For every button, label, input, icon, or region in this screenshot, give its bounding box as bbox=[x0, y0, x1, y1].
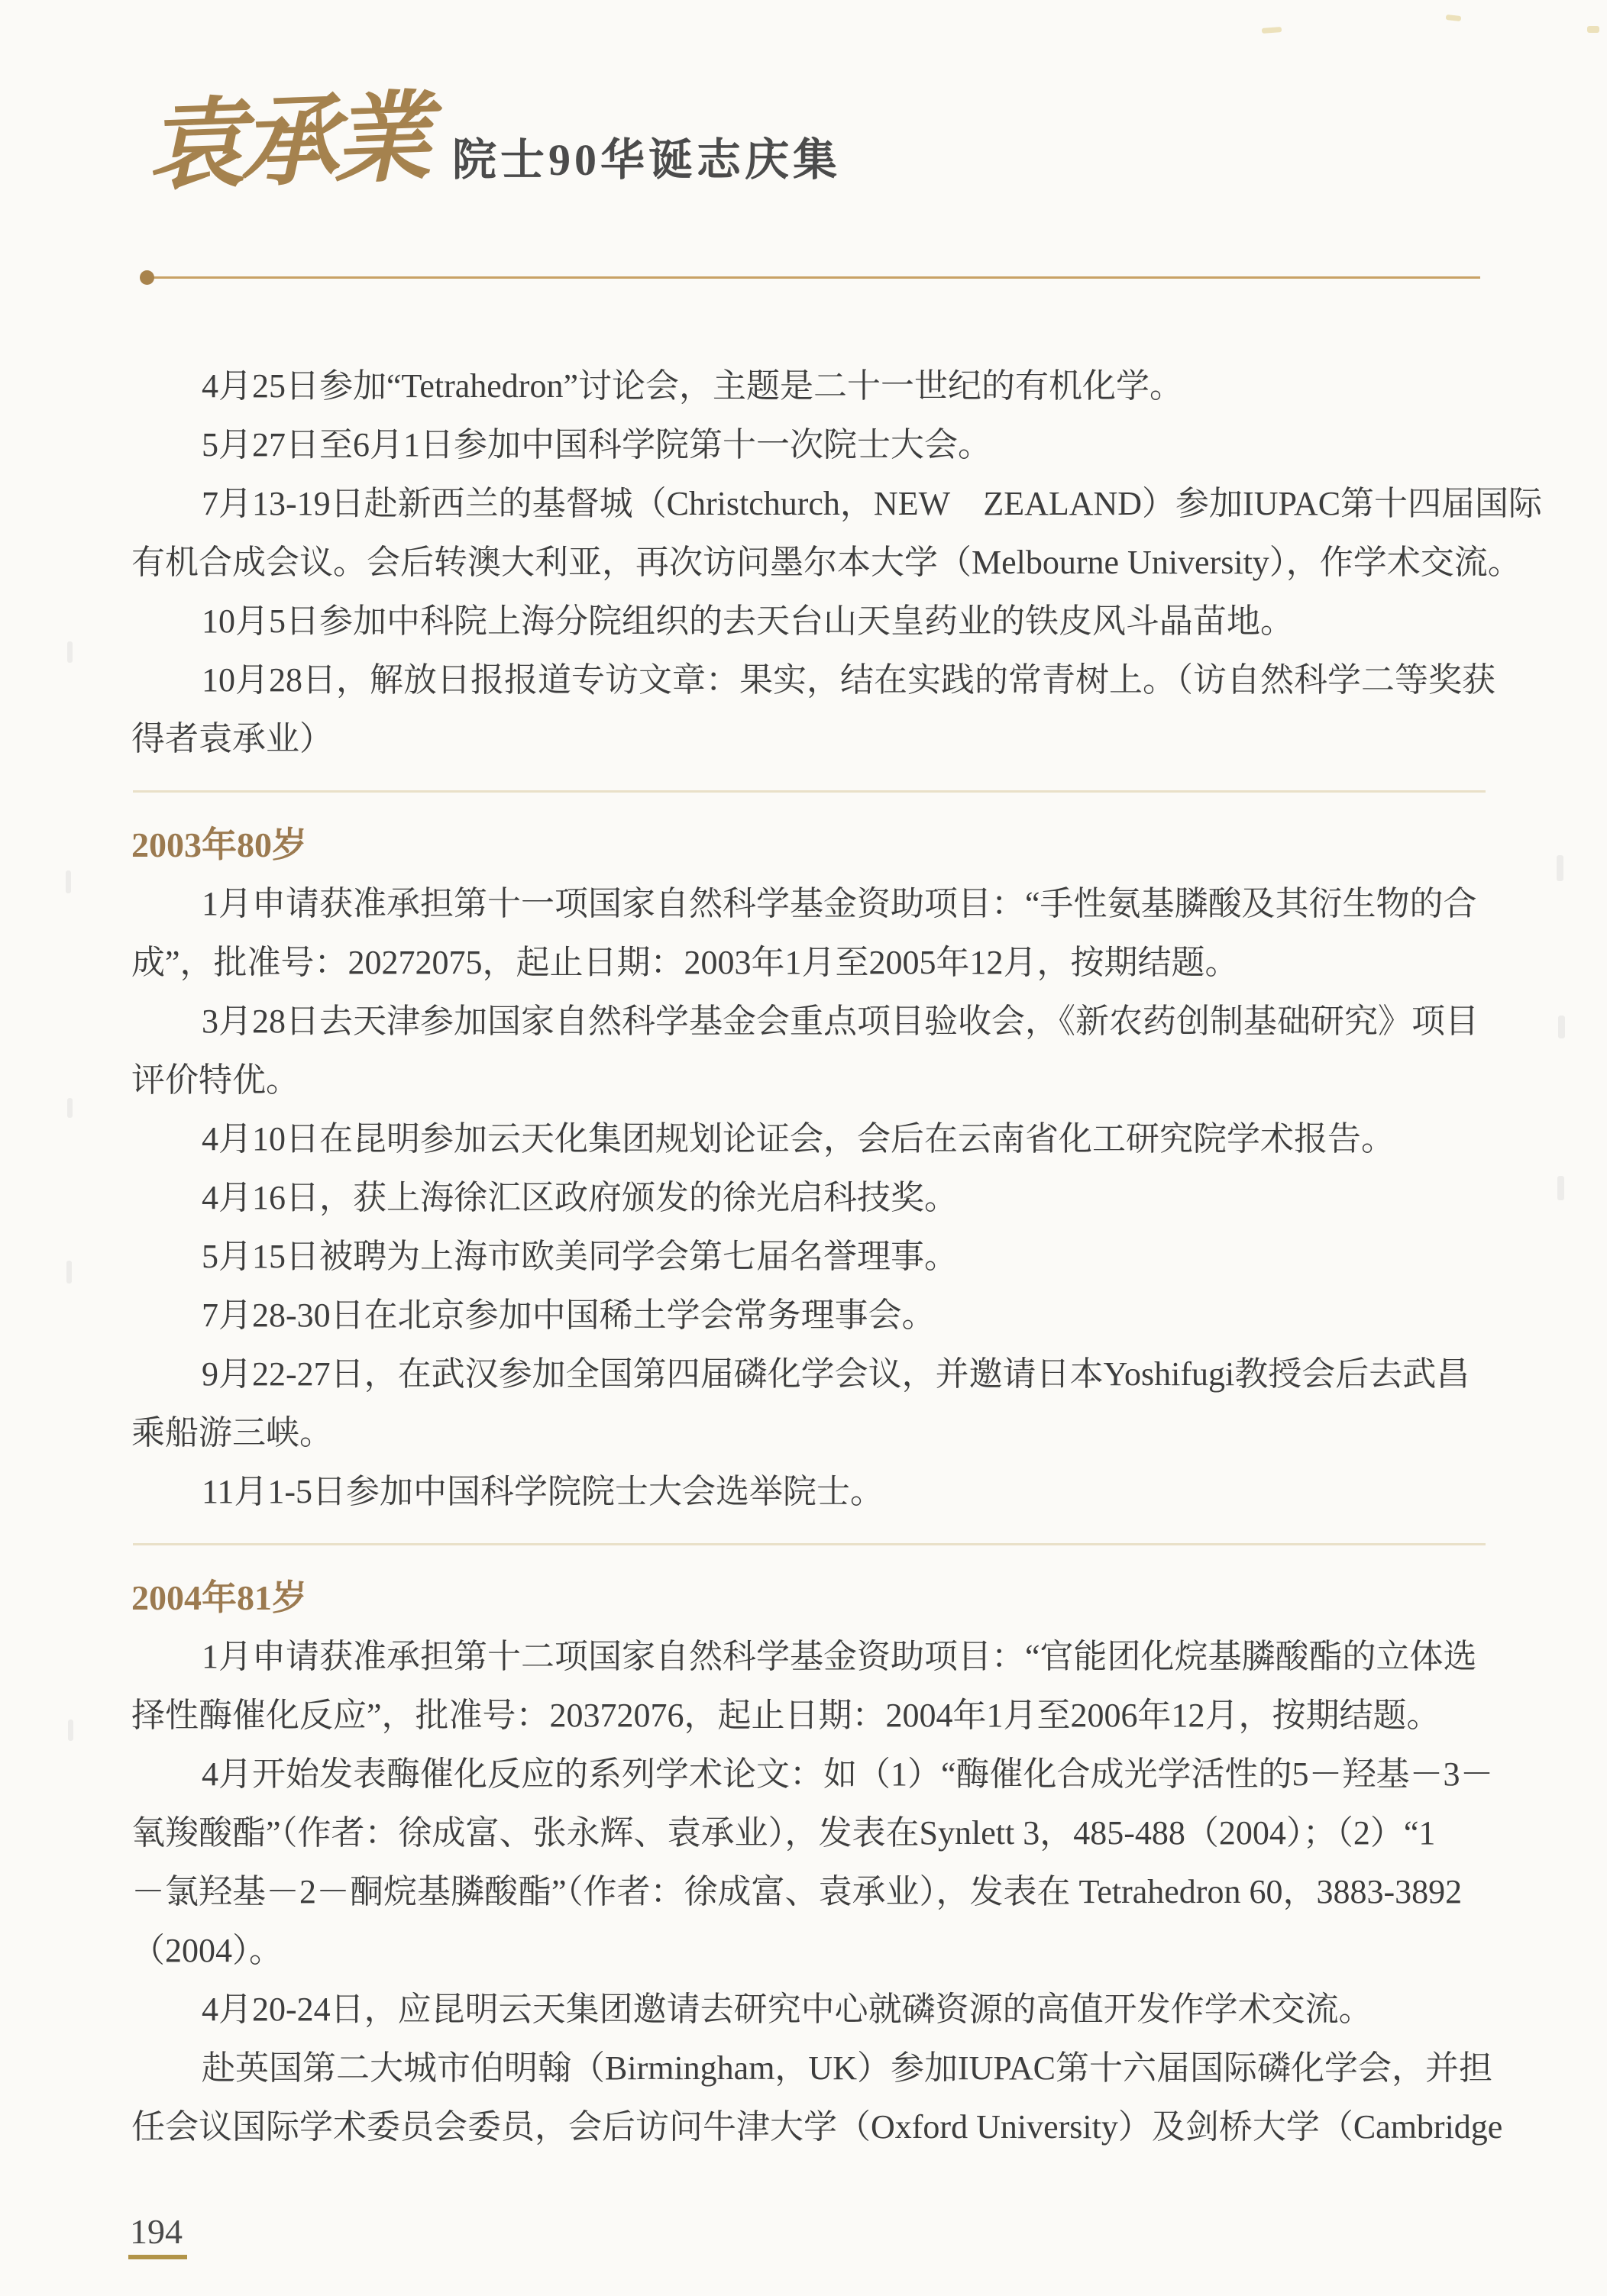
text-line: 3月28日去天津参加国家自然科学基金会重点项目验收会，《新农药创制基础研究》项目 bbox=[131, 992, 1487, 1051]
text-line: 择性酶催化反应”，批准号：20372076，起止日期：2004年1月至2006年… bbox=[131, 1686, 1487, 1745]
divider-line bbox=[133, 790, 1486, 793]
text-line: 得者袁承业） bbox=[131, 709, 1487, 768]
section-heading: 2004年81岁 bbox=[131, 1568, 1487, 1627]
scan-artifact bbox=[1557, 855, 1563, 881]
header-title: 院士90华诞志庆集 bbox=[452, 124, 841, 188]
scan-artifact bbox=[1587, 26, 1599, 33]
text-line: 7月28-30日在北京参加中国稀土学会常务理事会。 bbox=[131, 1286, 1487, 1345]
text-line: 4月开始发表酶催化反应的系列学术论文：如（1）“酶催化合成光学活性的5－羟基－3… bbox=[131, 1745, 1487, 1804]
text-line: 9月22-27日，在武汉参加全国第四届磷化学会议，并邀请日本Yoshifugi教… bbox=[131, 1345, 1487, 1403]
text-line: 任会议国际学术委员会委员，会后访问牛津大学（Oxford University）… bbox=[131, 2097, 1487, 2156]
scan-artifact bbox=[66, 1261, 72, 1284]
text-line: 氧羧酸酯”（作者：徐成富、张永辉、袁承业），发表在Synlett 3，485-4… bbox=[131, 1804, 1487, 1862]
section-divider bbox=[131, 1521, 1487, 1568]
text-line: 成”，批准号：20272075，起止日期：2003年1月至2005年12月，按期… bbox=[131, 933, 1487, 992]
text-line: 赴英国第二大城市伯明翰（Birmingham，UK）参加IUPAC第十六届国际磷… bbox=[131, 2039, 1487, 2097]
text-line: 乘船游三峡。 bbox=[131, 1403, 1487, 1462]
scan-artifact bbox=[1262, 27, 1282, 34]
scan-artifact bbox=[1558, 1016, 1565, 1038]
calligraphy-signature: 袁承業 bbox=[144, 79, 428, 206]
header-rule-dot bbox=[140, 270, 154, 285]
chronicle-text: 4月25日参加“Tetrahedron”讨论会，主题是二十一世纪的有机化学。5月… bbox=[131, 357, 1487, 2156]
scan-artifact bbox=[67, 641, 73, 663]
page-header: 袁承業 院士90华诞志庆集 bbox=[147, 84, 841, 202]
text-line: 5月15日被聘为上海市欧美同学会第七届名誉理事。 bbox=[131, 1227, 1487, 1286]
scan-artifact bbox=[1557, 1176, 1564, 1200]
text-line: 11月1-5日参加中国科学院院士大会选举院士。 bbox=[131, 1462, 1487, 1521]
text-line: 4月25日参加“Tetrahedron”讨论会，主题是二十一世纪的有机化学。 bbox=[131, 357, 1487, 415]
scan-artifact bbox=[1446, 15, 1462, 21]
text-line: 4月10日在昆明参加云天化集团规划论证会，会后在云南省化工研究院学术报告。 bbox=[131, 1109, 1487, 1168]
header-rule bbox=[142, 276, 1480, 279]
book-page: 袁承業 院士90华诞志庆集 4月25日参加“Tetrahedron”讨论会，主题… bbox=[0, 0, 1607, 2296]
text-line: 评价特优。 bbox=[131, 1051, 1487, 1109]
text-line: 10月5日参加中科院上海分院组织的去天台山天皇药业的铁皮风斗晶苗地。 bbox=[131, 592, 1487, 651]
text-line: 有机合成会议。会后转澳大利亚，再次访问墨尔本大学（Melbourne Unive… bbox=[131, 533, 1487, 592]
text-line: 1月申请获准承担第十二项国家自然科学基金资助项目：“官能团化烷基膦酸酯的立体选 bbox=[131, 1627, 1487, 1686]
scan-artifact bbox=[68, 1720, 73, 1741]
scan-artifact bbox=[66, 870, 71, 893]
text-line: 4月20-24日，应昆明云天集团邀请去研究中心就磷资源的高值开发作学术交流。 bbox=[131, 1980, 1487, 2039]
page-number: 194 bbox=[128, 2213, 187, 2259]
text-line: 1月申请获准承担第十一项国家自然科学基金资助项目：“手性氨基膦酸及其衍生物的合 bbox=[131, 874, 1487, 933]
text-line: 5月27日至6月1日参加中国科学院第十一次院士大会。 bbox=[131, 415, 1487, 474]
text-line: 4月16日，获上海徐汇区政府颁发的徐光启科技奖。 bbox=[131, 1168, 1487, 1227]
section-heading: 2003年80岁 bbox=[131, 815, 1487, 874]
text-line: （2004）。 bbox=[131, 1921, 1487, 1980]
text-line: 10月28日，解放日报报道专访文章：果实，结在实践的常青树上。（访自然科学二等奖… bbox=[131, 651, 1487, 709]
scan-artifact bbox=[67, 1098, 73, 1118]
text-line: －氯羟基－2－酮烷基膦酸酯”（作者：徐成富、袁承业），发表在 Tetrahedr… bbox=[131, 1862, 1487, 1921]
text-line: 7月13-19日赴新西兰的基督城（Christchurch，NEW ZEALAN… bbox=[131, 474, 1487, 533]
section-divider bbox=[131, 768, 1487, 815]
divider-line bbox=[133, 1543, 1486, 1545]
